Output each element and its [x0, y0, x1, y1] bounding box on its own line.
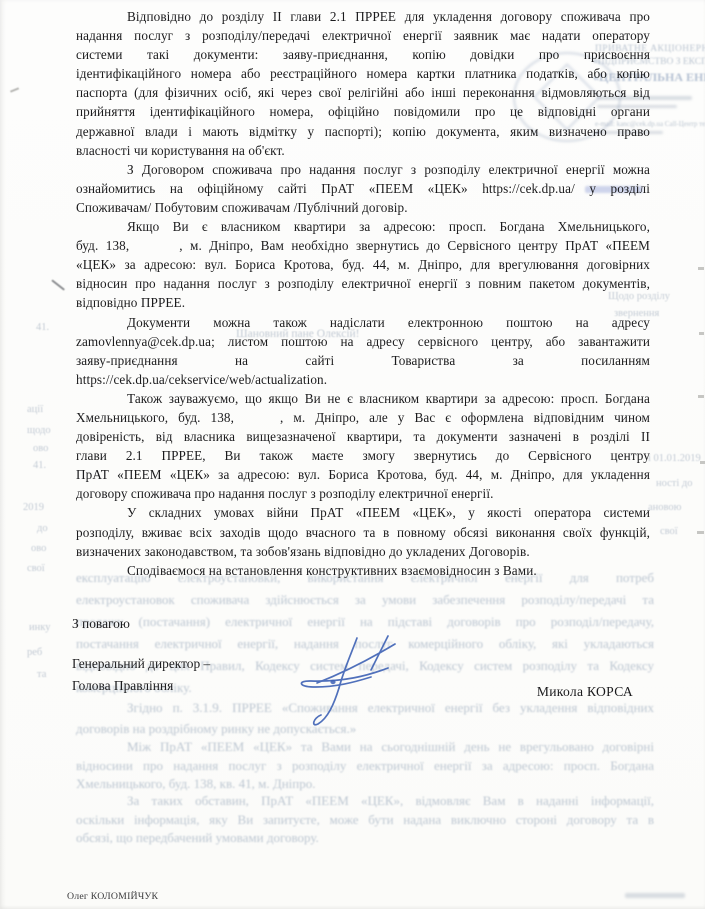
bleed-fragment: ності до: [656, 478, 693, 489]
letter-line: надання послуг з розподілу/передачі елек…: [76, 26, 650, 45]
bleed-fragment: і 01.01.2019: [648, 453, 701, 464]
signer-title-line2: Голова Правління: [72, 678, 173, 694]
bleed-fragment: та: [37, 669, 46, 680]
bleed-fragment: 41.: [36, 322, 49, 333]
scan-artifact-mark: [10, 87, 19, 92]
letter-line: державної влади і мають відмітку у паспо…: [76, 122, 650, 141]
letter-line: паспорта (для фізичних осіб, які через с…: [76, 83, 650, 102]
letter-line-with-redaction: буд. 138,, м. Дніпро, Вам необхідно звер…: [76, 236, 650, 255]
bleed-fragment: реб: [27, 647, 42, 658]
letter-line: Сподіваємося на встановлення конструктив…: [76, 561, 650, 580]
bleed-fragment: ово: [31, 543, 46, 554]
scan-edge-tick: [698, 395, 704, 398]
letter-line: відносин про надання послуг з розподілу …: [76, 274, 650, 293]
letter-line: zamovlennya@cek.dp.ua; листом поштою на …: [76, 332, 650, 351]
ghost-line: відносини про надання послуг з розподілу…: [76, 758, 654, 774]
letter-line: ідентифікаційного номера або реєстраційн…: [76, 64, 650, 83]
letter-line-with-redaction: Хмельницького, буд. 138,, м. Дніпро, але…: [76, 408, 650, 427]
signer-name: Микола КОРСА: [537, 684, 633, 700]
scan-edge-tick: [700, 461, 705, 464]
letter-line: договору споживача про надання послуг з …: [76, 484, 650, 503]
bleed-fragment: 2019: [23, 502, 44, 513]
letter-line: заяву-приєднання на сайті Товариства за …: [76, 351, 650, 370]
letter-line-segment: буд. 138,: [76, 238, 129, 253]
letter-line: довіреність, від власника вищезазначеної…: [76, 427, 650, 446]
redacted-apartment-number: [129, 241, 179, 250]
letter-line: глави 2.1 ПРРЕЕ, Ви також маєте змогу зв…: [76, 446, 650, 465]
letter-line: системи такі документи: заяву-приєднання…: [76, 45, 650, 64]
letter-line: З Договором споживача про надання послуг…: [76, 160, 650, 179]
letter-line: власності чи користування на об'єкт.: [76, 141, 650, 160]
bleed-fragment: щодо: [27, 425, 51, 436]
letter-line: розподілу, вживає всіх заходів щодо вчас…: [76, 523, 650, 542]
letter-line: «ЦЕК» за адресою: вул. Бориса Кротова, б…: [76, 255, 650, 274]
letter-line: Споживачам/ Побутовим споживачам /Публіч…: [76, 198, 650, 217]
bleed-fragment: 41.: [33, 460, 46, 471]
scan-edge-tick: [699, 332, 704, 335]
bleed-fragment: свої: [27, 563, 45, 574]
letter-line: Відповідно до розділу ІІ глави 2.1 ПРРЕЕ…: [76, 7, 650, 26]
letter-line: ознайомитись на офіційному сайті ПрАТ «П…: [76, 179, 650, 198]
letter-line: https://cek.dp.ua/cekservice/web/actuali…: [76, 370, 650, 389]
letter-line: У складних умовах війни ПрАТ «ПЕЕМ «ЦЕК»…: [76, 503, 650, 522]
ghost-line: Між ПрАТ «ПЕЕМ «ЦЕК» та Вами на сьогодні…: [76, 739, 654, 755]
redacted-apartment-number: [234, 413, 280, 422]
letter-line-segment: , м. Дніпро, але у Вас є оформлена відпо…: [280, 410, 650, 425]
letter-line: ПрАТ «ПЕЕМ «ЦЕК» за адресою: вул. Бориса…: [76, 465, 650, 484]
scanned-letter-page: ПРИВАТНЕ АКЦІОНЕРНЕ ТОВАРИСТВО «ПІДПРИЄМ…: [0, 0, 705, 909]
ghost-line: продажу (постачання) електричної енергії…: [76, 614, 654, 630]
signature-ink-icon: [283, 630, 403, 732]
scan-artifact-mark: [51, 279, 65, 291]
ghost-line: Хмельницького, буд. 138, кв. 41, м. Дніп…: [76, 776, 654, 792]
bleed-smudge: [625, 893, 685, 898]
ghost-line: електроустановок споживача здійснюється …: [76, 592, 654, 608]
letter-line-segment: Хмельницького, буд. 138,: [76, 410, 234, 425]
scan-edge-tick: [697, 531, 704, 534]
ghost-line: оскільки інформація, яку Ви запитуєте, м…: [76, 812, 654, 828]
letter-line: Також зауважуємо, що якщо Ви не є власни…: [76, 389, 650, 408]
letter-body: Відповідно до розділу ІІ глави 2.1 ПРРЕЕ…: [76, 7, 650, 580]
closing-salutation: З повагою: [72, 616, 130, 632]
scan-edge-tick: [698, 267, 704, 270]
letter-line: Документи можна також надіслати електрон…: [76, 313, 650, 332]
bleed-fragment: инку: [29, 622, 50, 633]
ghost-line: обсязі, що передбачений умовами договору…: [76, 830, 654, 846]
bleed-fragment: ановою: [648, 502, 682, 513]
letter-line: відповідно ПРРЕЕ.: [76, 293, 650, 312]
letter-line: прийняття ідентифікаційного номера, офіц…: [76, 102, 650, 121]
ghost-line: За таких обставин, ПрАТ «ПЕЕМ «ЦЕК», від…: [76, 793, 654, 809]
bleed-fragment: до: [37, 523, 48, 534]
bleed-fragment: ово: [33, 443, 48, 454]
letter-line: визначених законодавством, та зобов'язан…: [76, 542, 650, 561]
letter-line-segment: , м. Дніпро, Вам необхідно звернутись до…: [179, 238, 650, 253]
bleed-fragment: ації: [27, 404, 43, 415]
signer-title-line1: Генеральний директор –: [72, 656, 210, 672]
executor-name: Олег КОЛОМІЙЧУК: [67, 891, 158, 902]
letter-line: Якщо Ви є власником квартири за адресою:…: [76, 217, 650, 236]
bleed-fragment: свої: [660, 526, 678, 537]
